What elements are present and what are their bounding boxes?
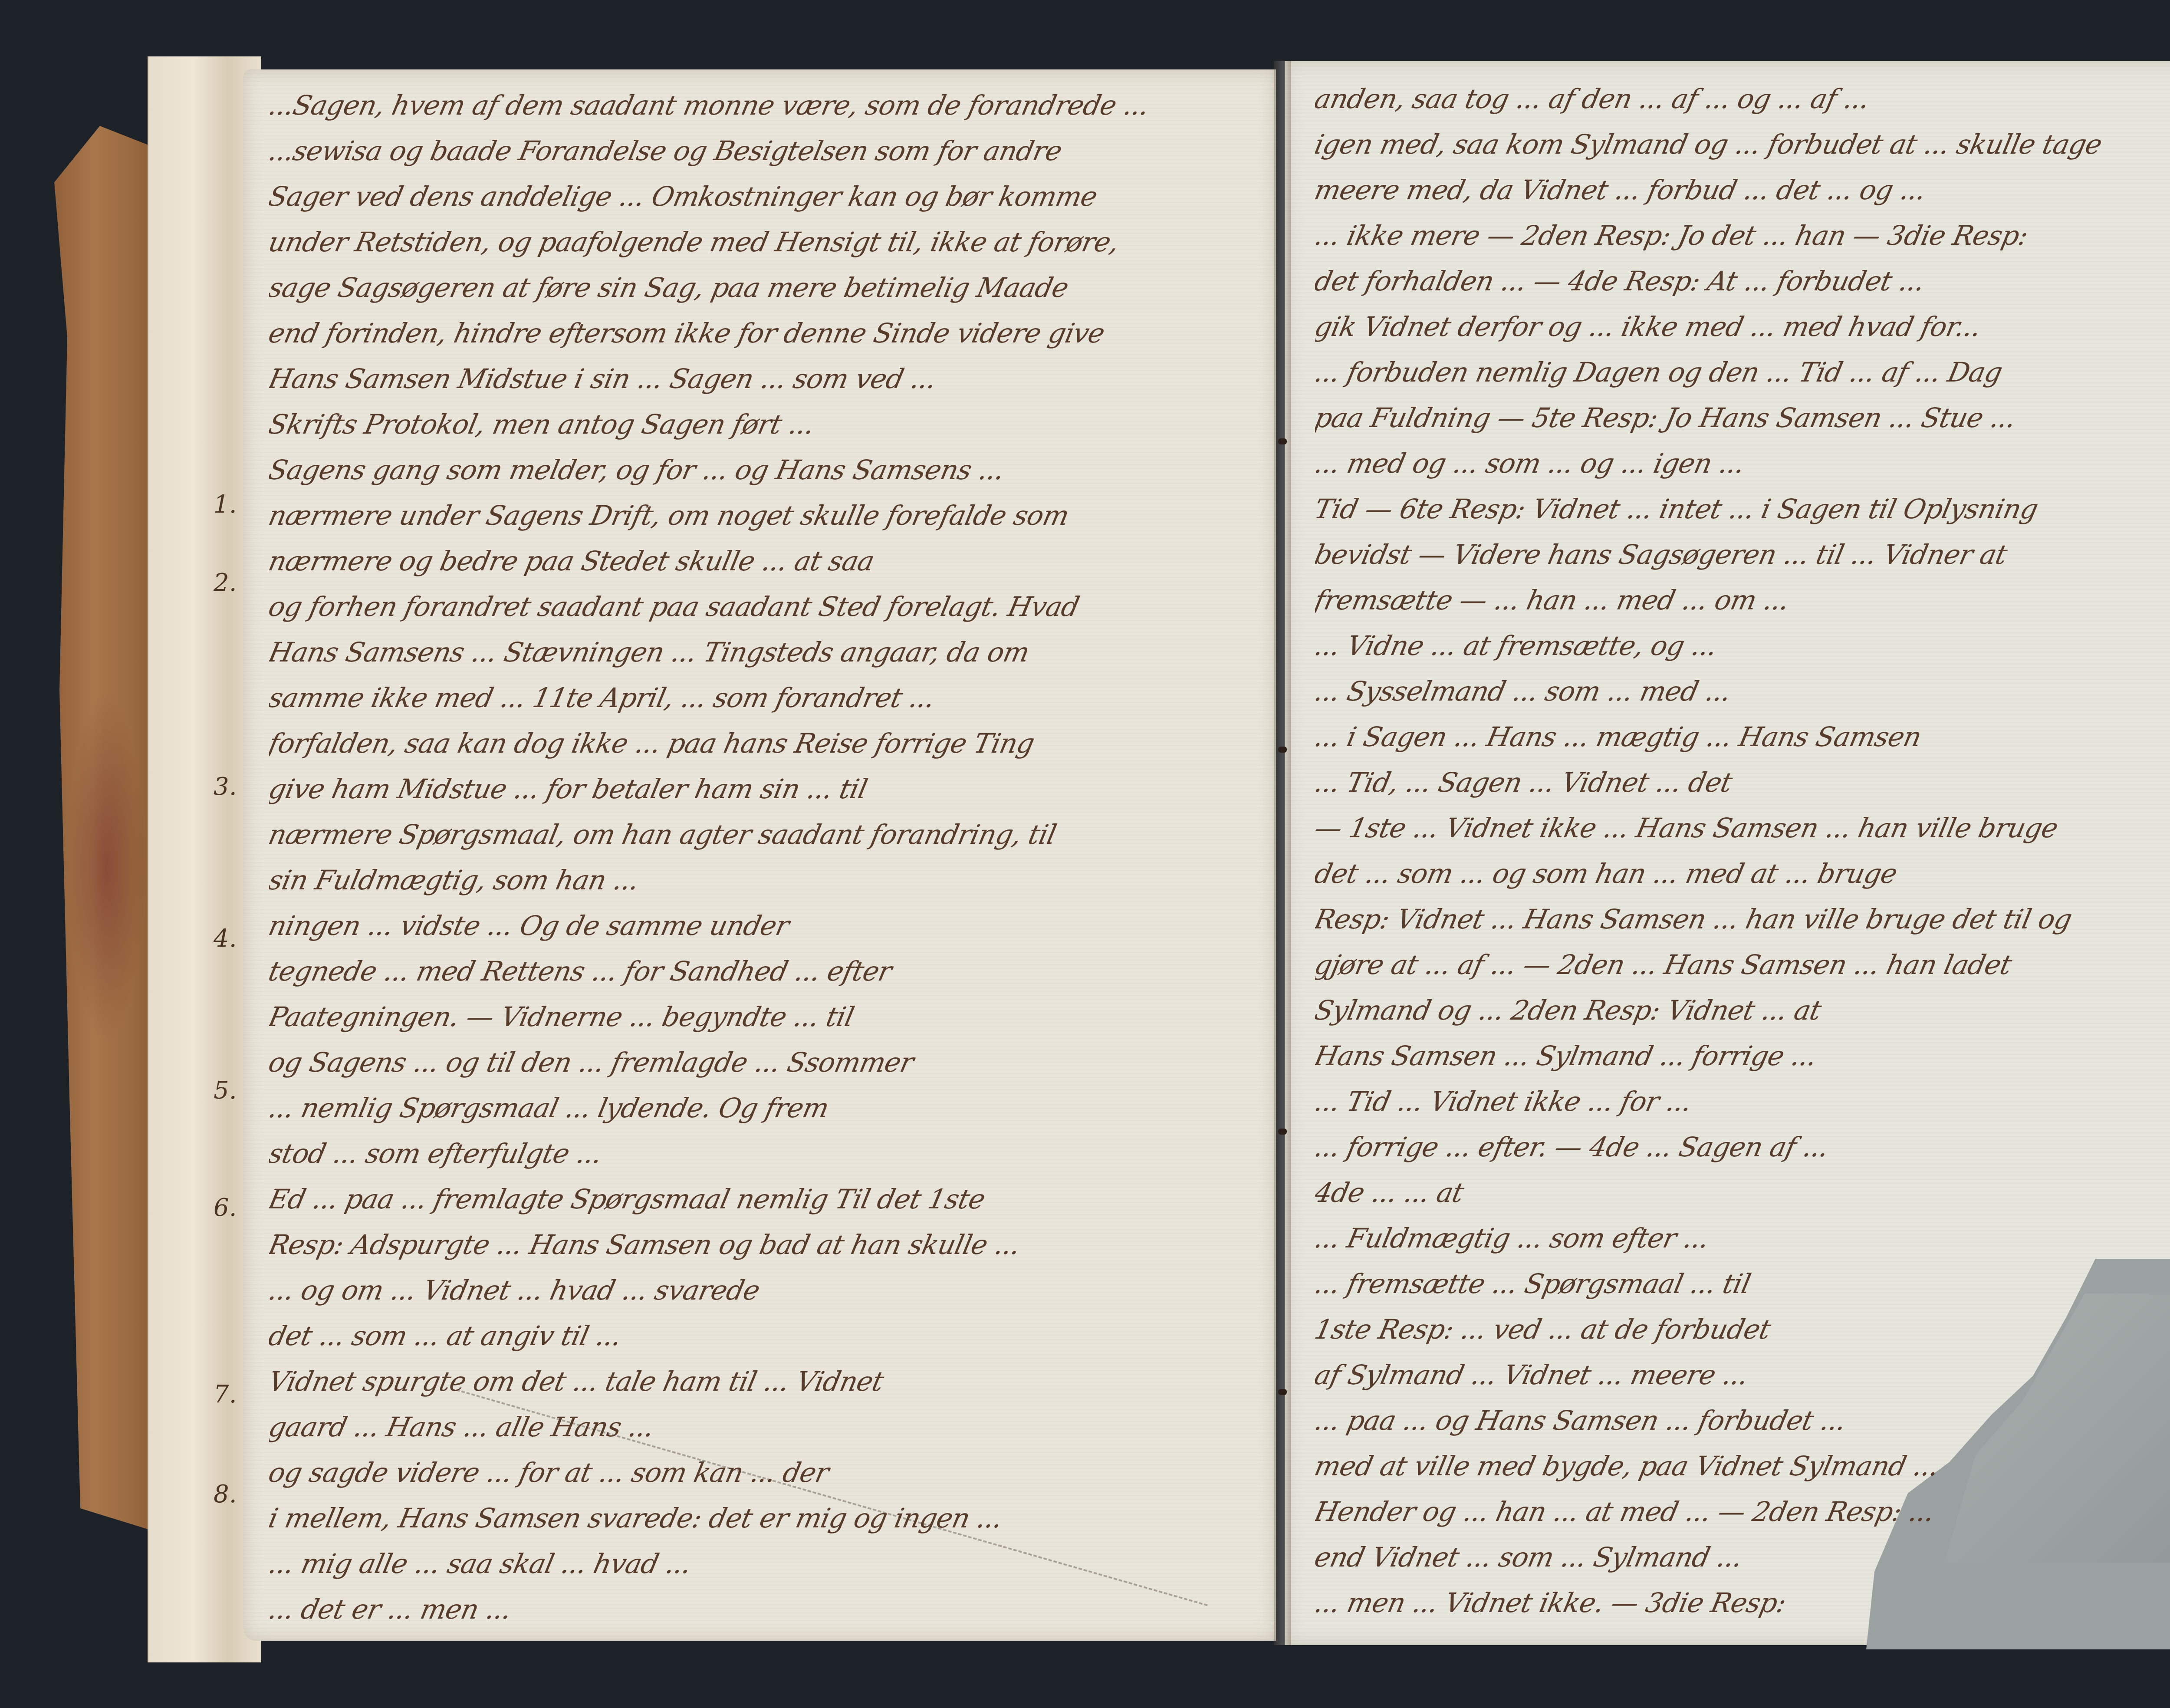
manuscript-line: i mellem, Hans Samsen svarede: det er mi… [269, 1495, 1250, 1541]
margin-number: 7. [214, 1380, 237, 1409]
manuscript-line: igen med, saa kom Sylmand og ... forbude… [1315, 122, 2170, 167]
manuscript-line: Tid — 6te Resp: Vidnet ... intet ... i S… [1315, 486, 2170, 532]
manuscript-line: det ... som ... og som han ... med at ..… [1315, 851, 2170, 896]
manuscript-line: sin Fuldmægtig, som han ... [269, 857, 1250, 903]
manuscript-line: end Vidnet ... som ... Sylmand ... [1315, 1534, 2170, 1580]
manuscript-line: og forhen forandret saadant paa saadant … [269, 584, 1250, 629]
manuscript-line: ... Tid, ... Sagen ... Vidnet ... det [1315, 760, 2170, 805]
manuscript-line: Sylmand og ... 2den Resp: Vidnet ... at [1315, 987, 2170, 1033]
manuscript-line: ...Sagen, hvem af dem saadant monne være… [269, 82, 1250, 128]
manuscript-line: gaard ... Hans ... alle Hans ... [269, 1404, 1250, 1450]
manuscript-line: 1ste Resp: ... ved ... at de forbudet [1315, 1307, 2170, 1352]
manuscript-line: gjøre at ... af ... — 2den ... Hans Sams… [1315, 942, 2170, 987]
manuscript-line: ningen ... vidste ... Og de samme under [269, 903, 1250, 948]
manuscript-line: ... ikke mere — 2den Resp: Jo det ... ha… [1315, 213, 2170, 258]
manuscript-line: paa Fuldning — 5te Resp: Jo Hans Samsen … [1315, 395, 2170, 441]
manuscript-scan: 1. 2. 3. 4. 5. 6. 7. 8. 130 ...Sagen, hv… [0, 0, 2170, 1708]
margin-number: 2. [214, 569, 237, 597]
manuscript-line: Hans Samsen Midstue i sin ... Sagen ... … [269, 356, 1250, 401]
manuscript-line: Hans Samsens ... Stævningen ... Tingsted… [269, 629, 1250, 675]
manuscript-line: ... og om ... Vidnet ... hvad ... svared… [269, 1267, 1250, 1313]
manuscript-line: det forhalden ... — 4de Resp: At ... for… [1315, 258, 2170, 304]
manuscript-line: meere med, da Vidnet ... forbud ... det … [1315, 167, 2170, 213]
manuscript-line: nærmere under Sagens Drift, om noget sku… [269, 493, 1250, 538]
manuscript-line: Skrifts Protokol, men antog Sagen ført .… [269, 401, 1250, 447]
manuscript-line: ... nemlig Spørgsmaal ... lydende. Og fr… [269, 1085, 1250, 1131]
binding-stitch [1278, 1129, 1287, 1135]
manuscript-line: ... forrige ... efter. — 4de ... Sagen a… [1315, 1124, 2170, 1170]
margin-number: 8. [214, 1480, 237, 1508]
manuscript-line: Hender og ... han ... at med ... — 2den … [1315, 1489, 2170, 1534]
manuscript-line: nærmere og bedre paa Stedet skulle ... a… [269, 538, 1250, 584]
manuscript-line: Hans Samsen ... Sylmand ... forrige ... [1315, 1033, 2170, 1079]
manuscript-line: under Retstiden, og paafolgende med Hens… [269, 219, 1250, 265]
manuscript-line: Ed ... paa ... fremlagte Spørgsmaal neml… [269, 1176, 1250, 1222]
leather-stain [67, 690, 145, 1043]
manuscript-line: 4de ... ... at [1315, 1170, 2170, 1215]
manuscript-line: Sagens gang som melder, og for ... og Ha… [269, 447, 1250, 493]
left-page-text: ...Sagen, hvem af dem saadant monne være… [269, 82, 1250, 1632]
manuscript-line: give ham Midstue ... for betaler ham sin… [269, 766, 1250, 812]
manuscript-line: ...sewisa og baade Forandelse og Besigte… [269, 128, 1250, 174]
manuscript-line: — 1ste ... Vidnet ikke ... Hans Samsen .… [1315, 805, 2170, 851]
manuscript-line: gik Vidnet derfor og ... ikke med ... me… [1315, 304, 2170, 349]
manuscript-line: Resp: Vidnet ... Hans Samsen ... han vil… [1315, 896, 2170, 942]
manuscript-line: ... fremsætte ... Spørgsmaal ... til [1315, 1261, 2170, 1307]
binding-stitch [1278, 438, 1287, 444]
manuscript-line: ... paa ... og Hans Samsen ... forbudet … [1315, 1398, 2170, 1443]
margin-number: 5. [214, 1076, 237, 1105]
manuscript-line: ... Sysselmand ... som ... med ... [1315, 668, 2170, 714]
manuscript-line: fremsætte — ... han ... med ... om ... [1315, 577, 2170, 623]
binding-stitch [1278, 1389, 1287, 1395]
manuscript-line: forfalden, saa kan dog ikke ... paa hans… [269, 721, 1250, 766]
manuscript-line: ... forbuden nemlig Dagen og den ... Tid… [1315, 349, 2170, 395]
manuscript-line: og sagde videre ... for at ... som kan .… [269, 1450, 1250, 1495]
manuscript-line: end forinden, hindre eftersom ikke for d… [269, 310, 1250, 356]
manuscript-line: sage Sagsøgeren at føre sin Sag, paa mer… [269, 265, 1250, 310]
margin-number: 3. [214, 773, 237, 801]
manuscript-line: af Sylmand ... Vidnet ... meere ... [1315, 1352, 2170, 1398]
manuscript-line: ... det er ... men ... [269, 1586, 1250, 1632]
manuscript-line: ... mig alle ... saa skal ... hvad ... [269, 1541, 1250, 1586]
margin-number: 4. [214, 925, 237, 953]
manuscript-line: tegnede ... med Rettens ... for Sandhed … [269, 948, 1250, 994]
manuscript-line: ... med og ... som ... og ... igen ... [1315, 441, 2170, 486]
manuscript-line: samme ikke med ... 11te April, ... som f… [269, 675, 1250, 721]
manuscript-line: stod ... som efterfulgte ... [269, 1131, 1250, 1176]
manuscript-line: Resp: Adspurgte ... Hans Samsen og bad a… [269, 1222, 1250, 1267]
right-page-text: anden, saa tog ... af den ... af ... og … [1315, 76, 2170, 1626]
margin-number: 1. [214, 490, 237, 519]
margin-number: 6. [214, 1194, 237, 1222]
manuscript-line: med at ville med bygde, paa Vidnet Sylma… [1315, 1443, 2170, 1489]
book-gutter [1274, 61, 1291, 1645]
manuscript-line: ... Tid ... Vidnet ikke ... for ... [1315, 1079, 2170, 1124]
manuscript-line: ... i Sagen ... Hans ... mægtig ... Hans… [1315, 714, 2170, 760]
manuscript-line: bevidst — Videre hans Sagsøgeren ... til… [1315, 532, 2170, 577]
binding-stitch [1278, 747, 1287, 753]
manuscript-line: anden, saa tog ... af den ... af ... og … [1315, 76, 2170, 122]
manuscript-line: det ... som ... at angiv til ... [269, 1313, 1250, 1359]
manuscript-line: nærmere Spørgsmaal, om han agter saadant… [269, 812, 1250, 857]
manuscript-line: Paategningen. — Vidnerne ... begyndte ..… [269, 994, 1250, 1040]
manuscript-line: Vidnet spurgte om det ... tale ham til .… [269, 1359, 1250, 1404]
manuscript-line: ... men ... Vidnet ikke. — 3die Resp: [1315, 1580, 2170, 1626]
manuscript-line: Sager ved dens anddelige ... Omkostninge… [269, 174, 1250, 219]
manuscript-line: ... Vidne ... at fremsætte, og ... [1315, 623, 2170, 668]
manuscript-line: ... Fuldmægtig ... som efter ... [1315, 1215, 2170, 1261]
manuscript-line: og Sagens ... og til den ... fremlagde .… [269, 1040, 1250, 1085]
